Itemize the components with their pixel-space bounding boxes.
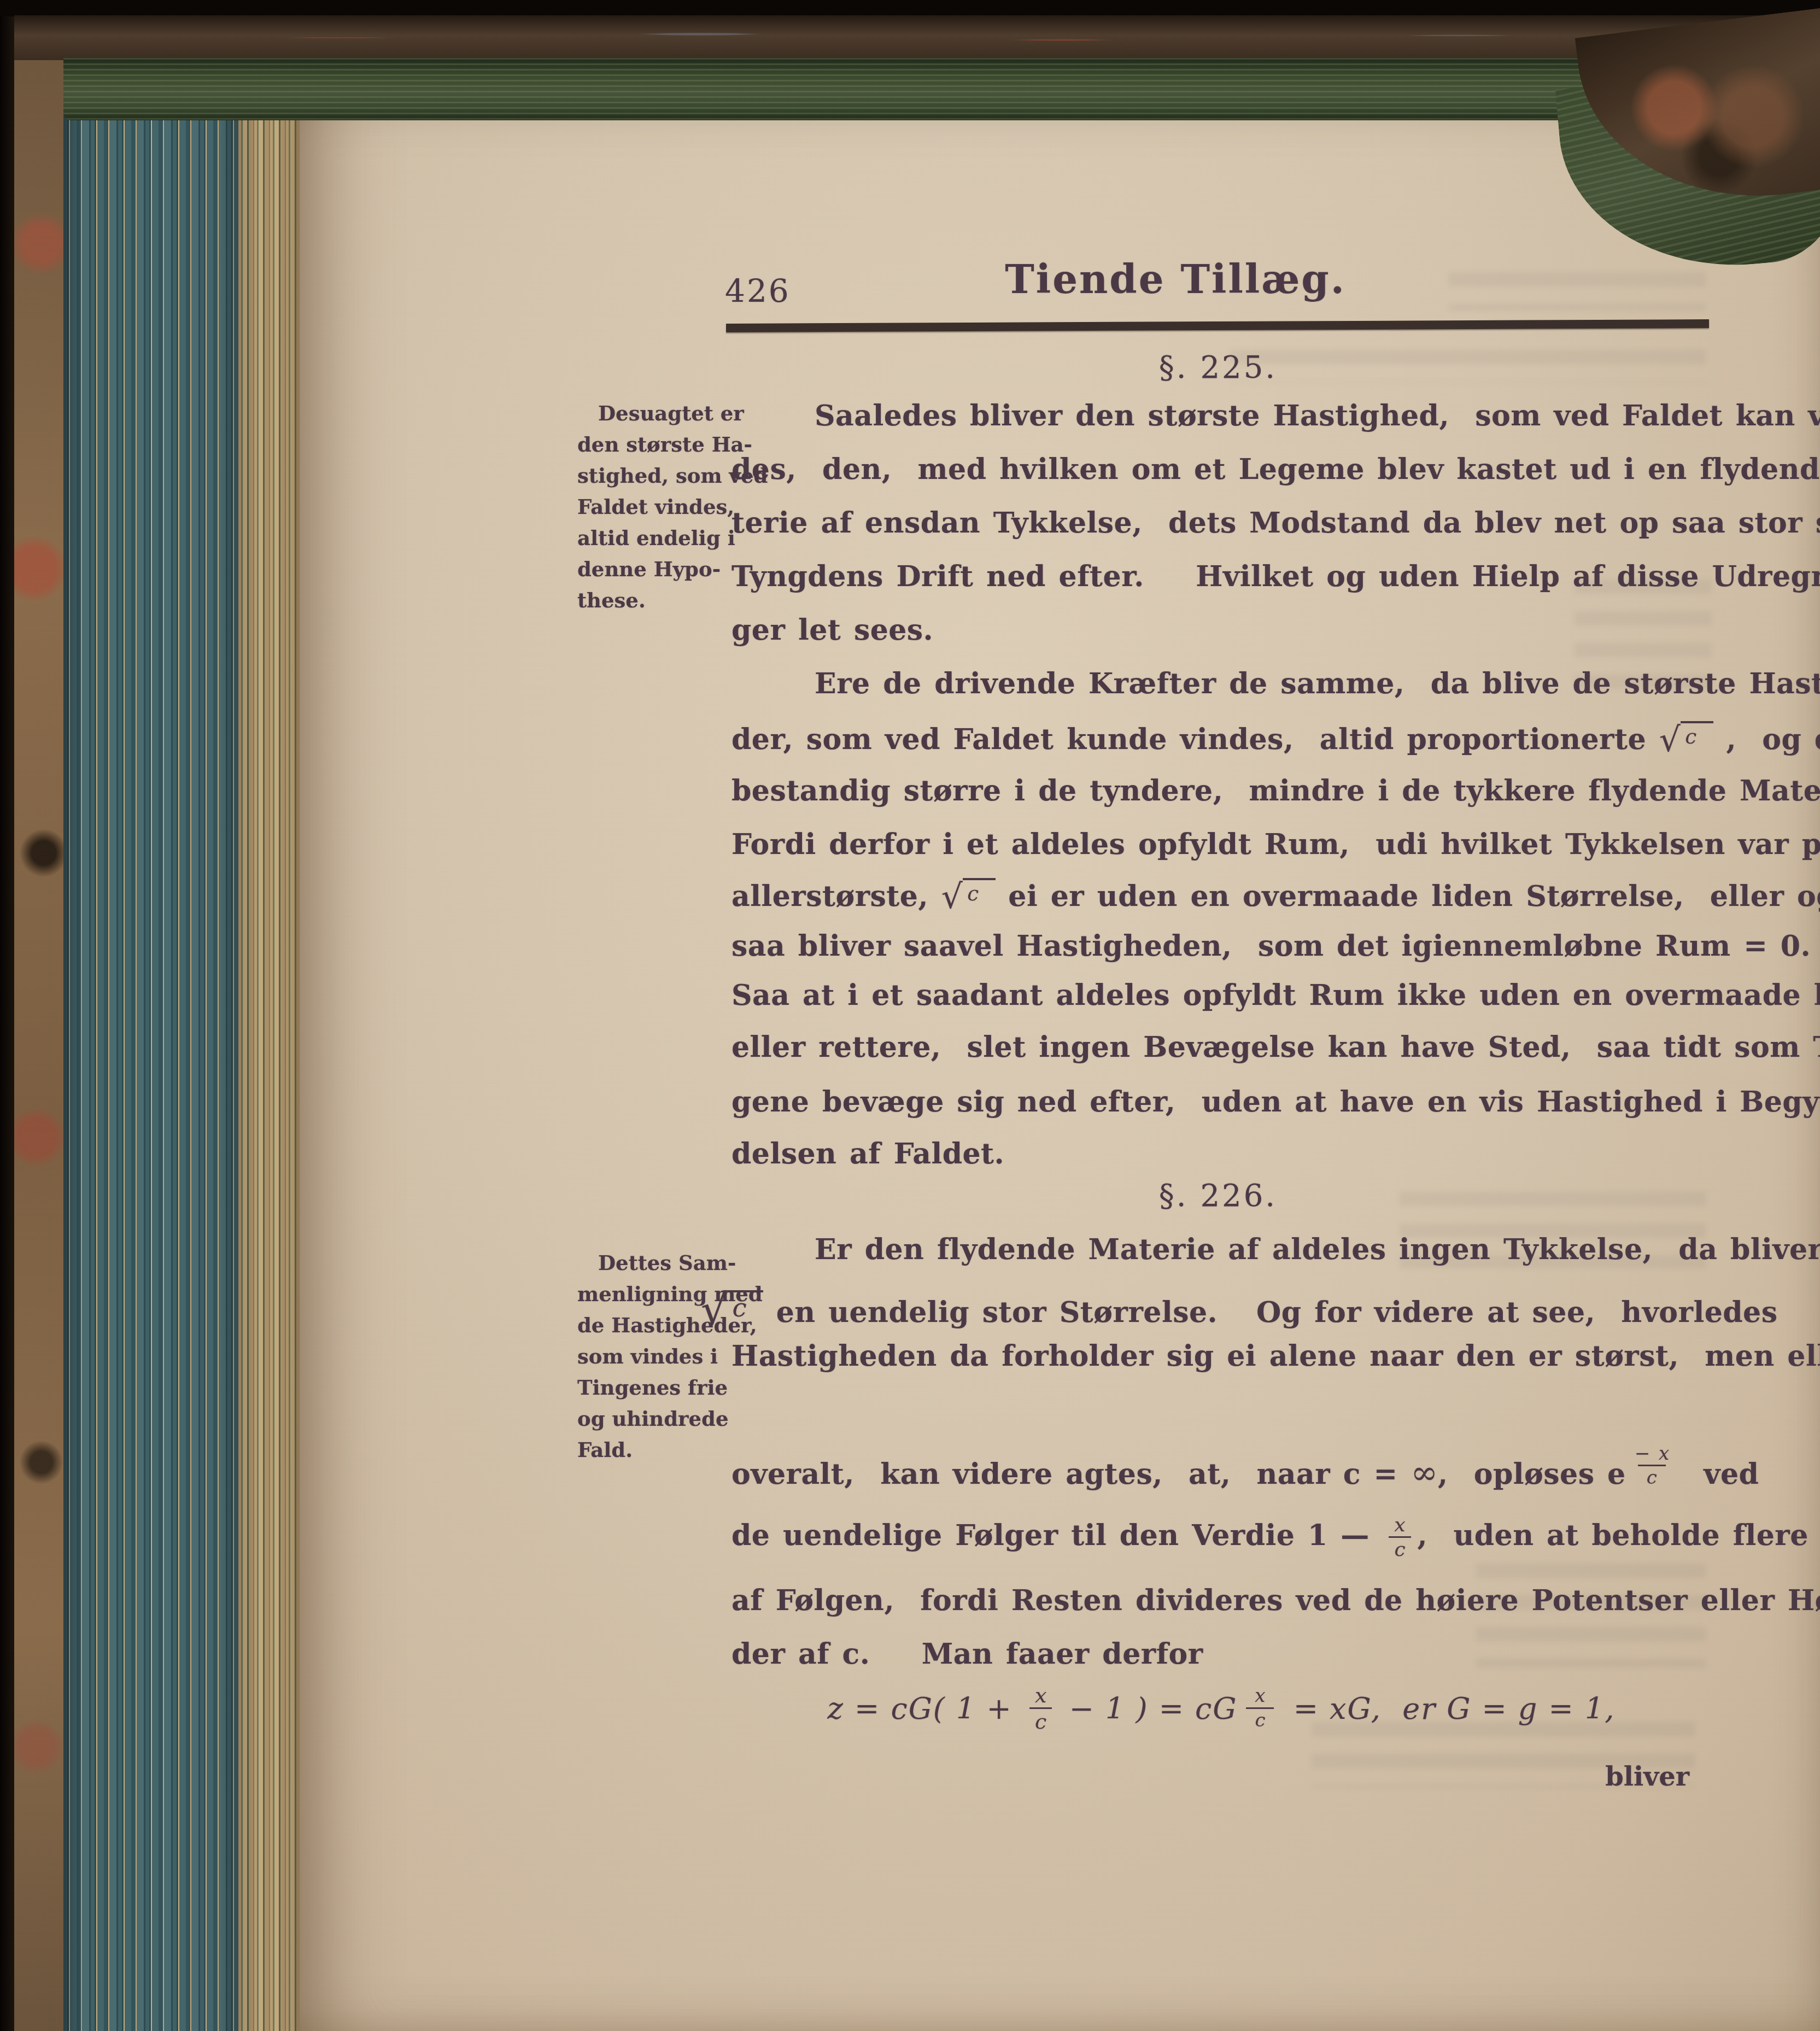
formula-text: − 1 ) = cG [1058,1691,1237,1726]
line-text: allerstørste, [731,880,941,913]
margin-note-line: den største Ha- [577,429,741,460]
radical-sign-icon: √ [701,1286,728,1335]
body-text-line: delsen af Faldet. [731,1137,1711,1170]
body-text-line: allerstørste, √c ei er uden en overmaade… [731,877,1711,916]
margin-note-line: stighed, som ved [577,460,741,491]
section-heading-225: §. 225. [731,350,1705,385]
body-text-line: Hastigheden da forholder sig ei alene na… [731,1339,1711,1373]
margin-note-225: Desuagtet er den største Ha- stighed, so… [577,398,741,616]
body-text-line: Ere de drivende Kræfter de samme, da bli… [731,667,1794,700]
radical-sign-icon: √ [1659,721,1681,759]
page-number: 426 [725,272,791,309]
margin-note-line: Desuagtet er [577,398,741,429]
margin-note-line: altid endelig i [577,523,741,554]
book-cover-edge-shadow [0,0,14,2031]
body-text-line: af Følgen, fordi Resten divideres ved de… [731,1584,1711,1617]
body-text-line: Er den flydende Materie af aldeles ingen… [731,1233,1794,1266]
marbled-cover-edge [14,0,63,2031]
line-text: der, som ved Faldet kunde vindes, altid … [731,723,1659,756]
body-text-line: Saaledes bliver den største Hastighed, s… [731,399,1794,432]
square-root-radical: √c [941,877,996,916]
line-text: overalt, kan videre agtes, at, naar c = [731,1458,1411,1491]
body-text-line: bestandig større i de tyndere, mindre i … [731,774,1711,807]
line-text: ei er uden en overmaade liden Størrelse,… [996,880,1820,913]
margin-note-line: og uhindrede [577,1403,741,1435]
square-root-radical: √c [1659,721,1713,759]
page-edges-stack-tan [238,0,300,2031]
line-text: en uendelig stor Størrelse. Og for vider… [763,1296,1777,1329]
inline-fraction: xc [1029,1684,1052,1733]
body-text-line: der af c. Man faaer derfor [731,1637,1711,1671]
infinity-icon: ∞ [1411,1454,1438,1492]
exponent-denominator: c [1638,1465,1666,1489]
fraction-denominator: c [1029,1707,1052,1734]
body-text-line: der, som ved Faldet kunde vindes, altid … [731,721,1711,759]
margin-note-line: denne Hypo- [577,554,741,585]
body-text-line: Tyngdens Drift ned efter. Hvilket og ude… [731,560,1711,593]
radicand: c [728,1290,763,1323]
margin-note-line: Dettes Sam- [577,1248,741,1279]
exponent-fraction: xc [1246,1685,1274,1731]
body-text-line: √c en uendelig stor Størrelse. Og for vi… [701,1286,1681,1335]
body-text-line: saa bliver saavel Hastigheden, som det i… [731,929,1711,963]
displayed-formula: z = cG( 1 + xc − 1 ) = cGxc = xG, er G =… [731,1684,1711,1733]
body-text-line: des, den, med hvilken om et Legeme blev … [731,453,1711,486]
margin-note-line: som vindes i [577,1341,741,1372]
line-text: , og derfor [1713,723,1820,756]
radicand: c [1681,721,1713,748]
body-text-line: ger let sees. [731,613,1711,647]
exponent-numerator: x [1255,1685,1265,1707]
body-text-line: overalt, kan videre agtes, at, naar c = … [731,1443,1711,1492]
body-text-line: Fordi derfor i et aldeles opfyldt Rum, u… [731,828,1711,861]
margin-note-226: Dettes Sam- menligning med de Hastighede… [577,1248,741,1466]
radicand: c [963,878,995,905]
margin-note-line: Fald. [577,1435,741,1466]
body-text-line: eller rettere, slet ingen Bevægelse kan … [731,1031,1711,1064]
body-text-line: de uendelige Følger til den Verdie 1 — x… [731,1514,1711,1561]
section-heading-226: §. 226. [731,1178,1705,1214]
fraction-denominator: c [1389,1536,1411,1561]
fraction-numerator: x [1394,1514,1405,1536]
margin-note-line: Tingenes frie [577,1372,741,1403]
inline-fraction: xc [1389,1514,1411,1561]
square-root-radical: √c [701,1286,763,1335]
line-text: ved [1678,1458,1759,1491]
running-header: Tiende Tillæg. [853,256,1498,302]
fraction-numerator: x [1035,1684,1046,1707]
page-edges-stack-teal [63,0,238,2031]
line-text: , opløses e [1438,1458,1626,1491]
body-text-line: gene bevæge sig ned efter, uden at have … [731,1085,1711,1119]
margin-note-line: these. [577,585,741,616]
exponent-denominator: c [1246,1707,1274,1731]
book-photo: 426 Tiende Tillæg. §. 225. Desuagtet er … [0,0,1820,2031]
body-text-line: Saa at i et saadant aldeles opfyldt Rum … [731,979,1711,1012]
line-text: , uden at beholde flere Leed [1418,1519,1820,1552]
formula-text: z = cG( 1 + [827,1691,1023,1726]
exponent-numerator: − x [1635,1443,1669,1465]
exponent-fraction: − xc [1635,1443,1669,1489]
top-marbled-cover-band [14,15,1820,60]
top-shadow-band [0,0,1820,16]
line-text: de uendelige Følger til den Verdie 1 — [731,1519,1382,1552]
catchword: bliver [731,1761,1689,1792]
formula-text: = xG, er G = g = 1, [1283,1691,1615,1726]
body-text-line: terie af ensdan Tykkelse, dets Modstand … [731,506,1711,540]
margin-note-line: Faldet vindes, [577,491,741,523]
radical-sign-icon: √ [941,877,963,916]
